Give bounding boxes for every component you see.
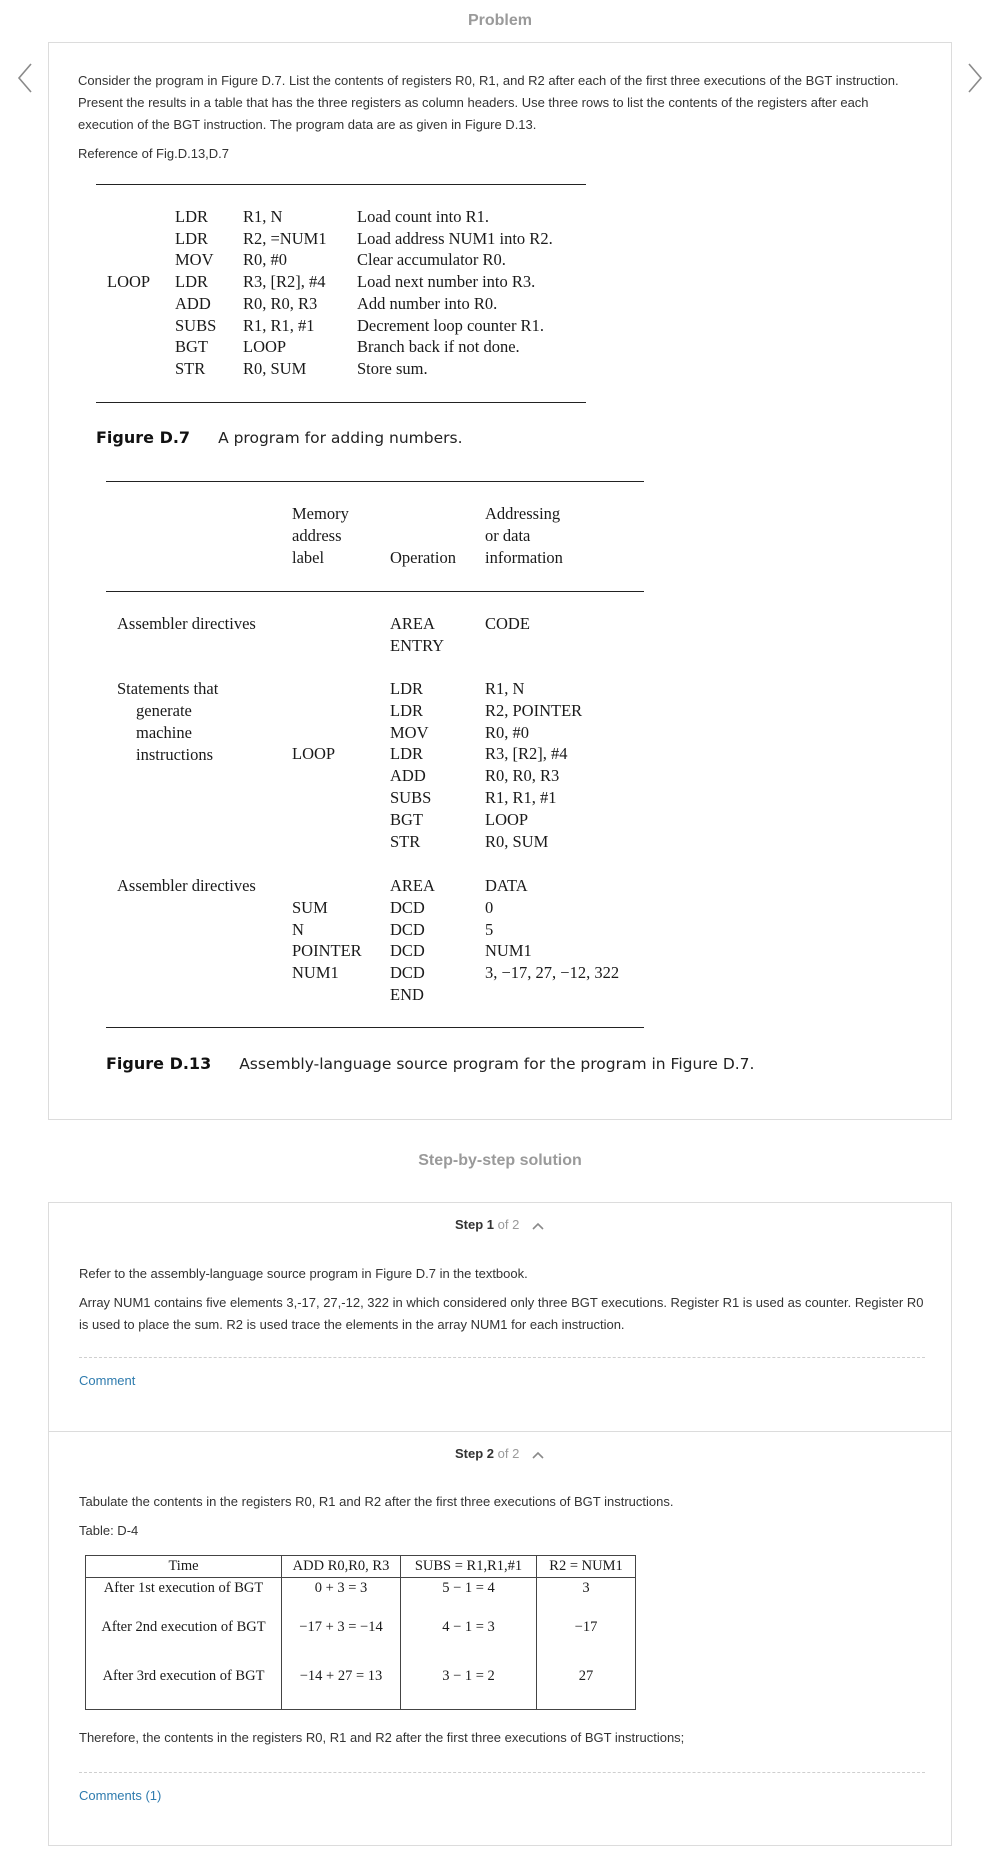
memory-label: SUM: [292, 897, 328, 919]
figure-rule-top: [96, 184, 586, 185]
figure-d13-caption: Figure D.13Assembly-language source prog…: [106, 1054, 754, 1074]
problem-heading: Problem: [0, 12, 1000, 30]
figure-rule-bottom: [96, 402, 586, 403]
figure-d13-caption-text: Assembly-language source program for the…: [239, 1055, 754, 1073]
table-row: After 1st execution of BGT 0 + 3 = 3 5 −…: [86, 1578, 636, 1604]
memory-label: LOOP: [292, 743, 335, 765]
address-info: R1, N: [485, 678, 524, 700]
group-desc-line: generate: [136, 700, 192, 722]
table-caption: Table: D-4: [79, 1520, 929, 1542]
chevron-right-icon: [966, 62, 984, 94]
table-cell: −14 + 27 = 13: [282, 1652, 401, 1710]
code-opcode: STR: [175, 358, 205, 380]
address-info: 3, −17, 27, −12, 322: [485, 962, 619, 984]
address-info: 0: [485, 897, 493, 919]
header-label-line: address: [292, 525, 341, 547]
memory-label: N: [292, 919, 304, 941]
code-comment: Add number into R0.: [357, 293, 497, 315]
operation: STR: [390, 831, 420, 853]
table-row: After 2nd execution of BGT −17 + 3 = −14…: [86, 1604, 636, 1652]
group-desc-line: instructions: [136, 744, 213, 766]
table-cell: −17 + 3 = −14: [282, 1604, 401, 1652]
address-info: LOOP: [485, 809, 528, 831]
column-header: R2 = NUM1: [537, 1556, 636, 1578]
header-info-line: information: [485, 547, 563, 569]
problem-statement: Consider the program in Figure D.7. List…: [78, 70, 918, 136]
operation: LDR: [390, 678, 423, 700]
header-info-line: Addressing: [485, 503, 560, 525]
code-operand: R0, #0: [243, 249, 287, 271]
code-operand: R1, R1, #1: [243, 315, 315, 337]
header-info-line: or data: [485, 525, 530, 547]
chevron-left-icon: [16, 62, 34, 94]
column-header: Time: [86, 1556, 282, 1578]
code-operand: R0, SUM: [243, 358, 306, 380]
previous-button[interactable]: [10, 58, 40, 98]
table-cell: 3: [537, 1578, 636, 1604]
address-info: R0, SUM: [485, 831, 548, 853]
chevron-up-icon[interactable]: [531, 1450, 545, 1460]
address-info: R0, R0, R3: [485, 765, 559, 787]
code-opcode: SUBS: [175, 315, 216, 337]
step-1-paragraph: Refer to the assembly-language source pr…: [79, 1263, 929, 1285]
step-count: of 2: [498, 1217, 520, 1232]
group-desc-line: Statements that: [117, 678, 218, 700]
header-label-line: Memory: [292, 503, 349, 525]
comments-link[interactable]: Comments (1): [79, 1788, 161, 1803]
step-1-paragraph: Array NUM1 contains five elements 3,-17,…: [79, 1292, 929, 1336]
address-info: R0, #0: [485, 722, 529, 744]
operation: DCD: [390, 897, 425, 919]
table-header-row: Time ADD R0,R0, R3 SUBS = R1,R1,#1 R2 = …: [86, 1556, 636, 1578]
code-opcode: LDR: [175, 271, 208, 293]
group-desc-line: machine: [136, 722, 192, 744]
figure-rule-bottom: [106, 1027, 644, 1028]
code-comment: Load count into R1.: [357, 206, 489, 228]
figure-d7-label: Figure D.7: [96, 428, 190, 447]
operation: ENTRY: [390, 635, 444, 657]
table-row: After 3rd execution of BGT −14 + 27 = 13…: [86, 1652, 636, 1710]
table-cell: 4 − 1 = 3: [401, 1604, 537, 1652]
operation: ADD: [390, 765, 426, 787]
table-cell: After 2nd execution of BGT: [86, 1604, 282, 1652]
divider: [79, 1357, 925, 1358]
address-info: R1, R1, #1: [485, 787, 557, 809]
register-table: Time ADD R0,R0, R3 SUBS = R1,R1,#1 R2 = …: [85, 1555, 636, 1710]
code-comment: Load address NUM1 into R2.: [357, 228, 553, 250]
table-cell: 27: [537, 1652, 636, 1710]
address-info: R2, POINTER: [485, 700, 582, 722]
step-1-card: Step 1 of 2 Refer to the assembly-langua…: [48, 1202, 952, 1432]
operation: BGT: [390, 809, 423, 831]
step-2-conclusion: Therefore, the contents in the registers…: [79, 1727, 929, 1749]
operation: LDR: [390, 700, 423, 722]
code-comment: Store sum.: [357, 358, 428, 380]
address-info: NUM1: [485, 940, 532, 962]
table-cell: After 1st execution of BGT: [86, 1578, 282, 1604]
code-opcode: LDR: [175, 228, 208, 250]
operation: LDR: [390, 743, 423, 765]
column-header: ADD R0,R0, R3: [282, 1556, 401, 1578]
address-info: 5: [485, 919, 493, 941]
operation: DCD: [390, 940, 425, 962]
address-info: DATA: [485, 875, 528, 897]
table-cell: 3 − 1 = 2: [401, 1652, 537, 1710]
code-comment: Decrement loop counter R1.: [357, 315, 544, 337]
group-desc: Assembler directives: [117, 875, 256, 897]
code-operand: R2, =NUM1: [243, 228, 327, 250]
group-desc: Assembler directives: [117, 613, 256, 635]
code-operand: LOOP: [243, 336, 286, 358]
code-comment: Clear accumulator R0.: [357, 249, 506, 271]
divider: [79, 1772, 925, 1773]
step-1-header[interactable]: Step 1 of 2: [49, 1217, 951, 1232]
table-cell: −17: [537, 1604, 636, 1652]
code-operand: R1, N: [243, 206, 282, 228]
code-operand: R3, [R2], #4: [243, 271, 326, 293]
code-opcode: MOV: [175, 249, 214, 271]
table-cell: 5 − 1 = 4: [401, 1578, 537, 1604]
figure-d7-caption: Figure D.7A program for adding numbers.: [96, 428, 463, 448]
operation: AREA: [390, 875, 435, 897]
operation: MOV: [390, 722, 429, 744]
memory-label: NUM1: [292, 962, 339, 984]
table-cell: After 3rd execution of BGT: [86, 1652, 282, 1710]
code-comment: Load next number into R3.: [357, 271, 535, 293]
memory-label: POINTER: [292, 940, 362, 962]
step-2-header[interactable]: Step 2 of 2: [49, 1446, 951, 1461]
table-cell: 0 + 3 = 3: [282, 1578, 401, 1604]
address-info: R3, [R2], #4: [485, 743, 568, 765]
operation: AREA: [390, 613, 435, 635]
operation: SUBS: [390, 787, 431, 809]
header-operation: Operation: [390, 547, 456, 569]
comment-link[interactable]: Comment: [79, 1373, 135, 1388]
chevron-up-icon[interactable]: [531, 1221, 545, 1231]
header-label-line: label: [292, 547, 324, 569]
problem-reference: Reference of Fig.D.13,D.7: [78, 143, 918, 165]
column-header: SUBS = R1,R1,#1: [401, 1556, 537, 1578]
address-info: CODE: [485, 613, 530, 635]
figure-rule-top: [106, 481, 644, 482]
step-count: of 2: [498, 1446, 520, 1461]
code-comment: Branch back if not done.: [357, 336, 520, 358]
solution-heading: Step-by-step solution: [0, 1152, 1000, 1170]
code-opcode: LDR: [175, 206, 208, 228]
step-2-intro: Tabulate the contents in the registers R…: [79, 1491, 929, 1513]
step-label: Step 2: [455, 1446, 494, 1461]
operation: END: [390, 984, 424, 1006]
code-label: LOOP: [107, 271, 150, 293]
figure-rule-mid: [106, 591, 644, 592]
next-button[interactable]: [960, 58, 990, 98]
operation: DCD: [390, 962, 425, 984]
step-label: Step 1: [455, 1217, 494, 1232]
code-opcode: ADD: [175, 293, 211, 315]
figure-d13-label: Figure D.13: [106, 1054, 211, 1073]
code-operand: R0, R0, R3: [243, 293, 317, 315]
figure-d7-caption-text: A program for adding numbers.: [218, 429, 462, 447]
code-opcode: BGT: [175, 336, 208, 358]
operation: DCD: [390, 919, 425, 941]
